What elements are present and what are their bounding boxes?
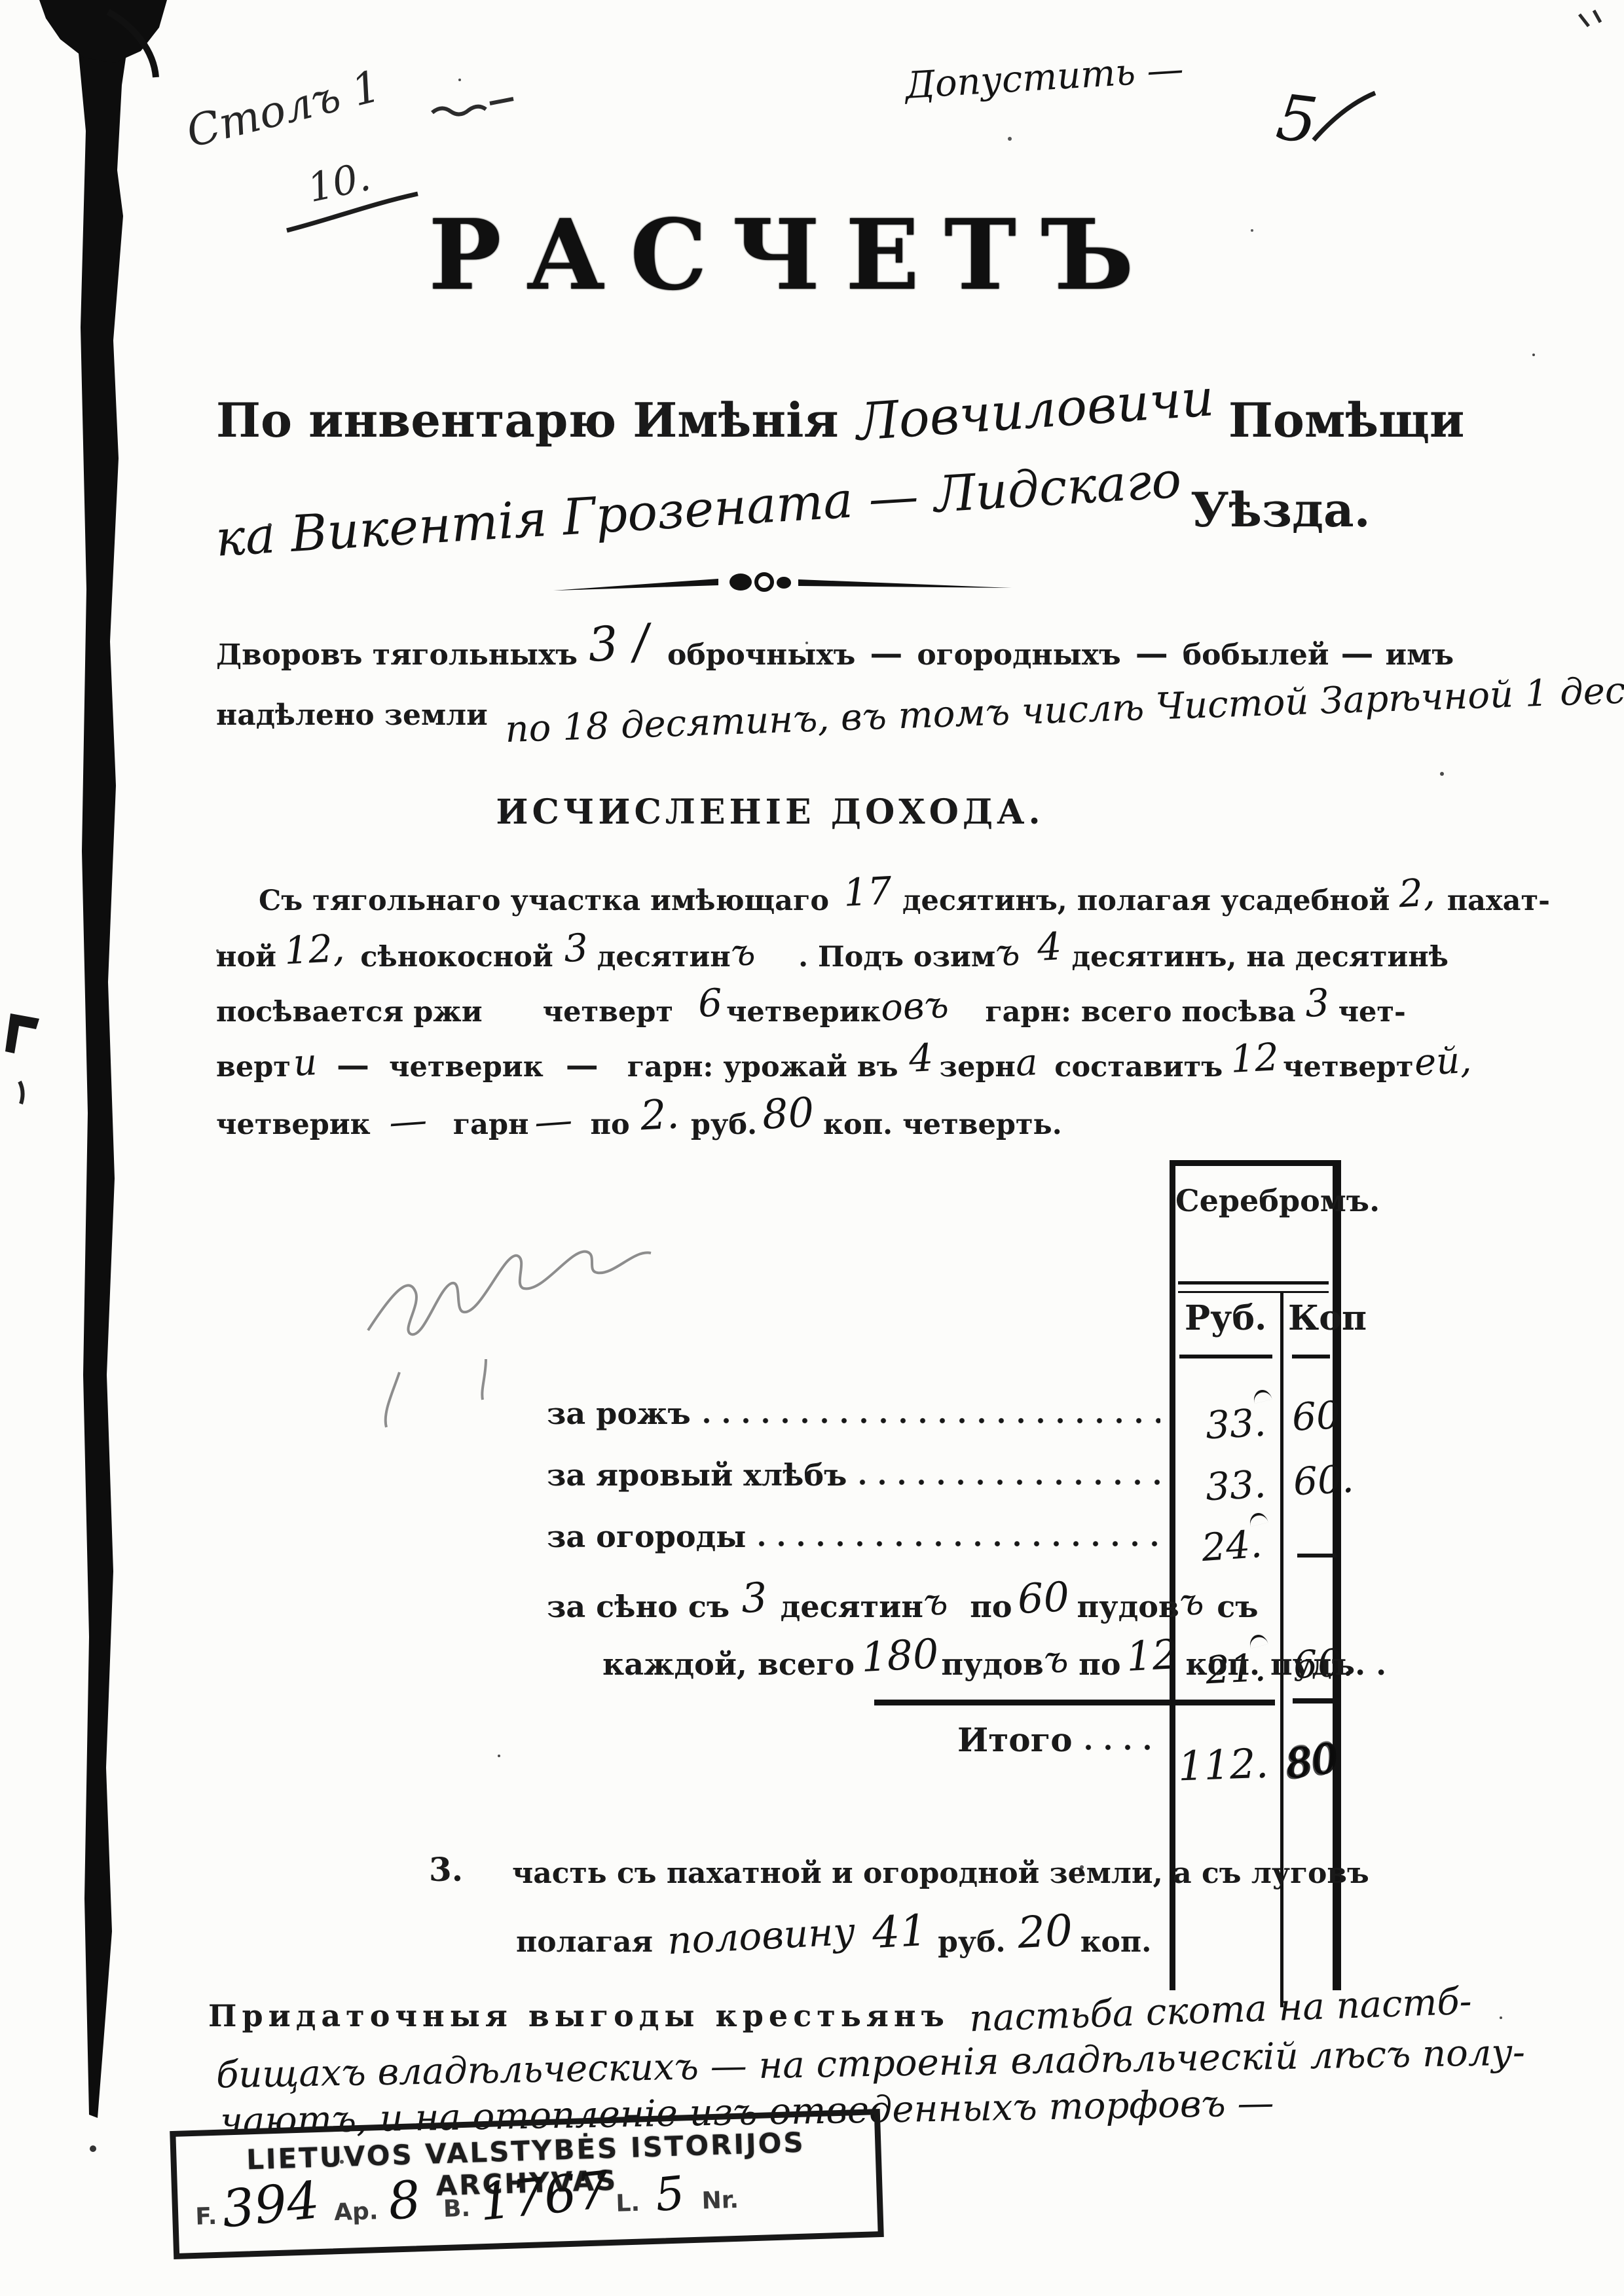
blank-dash: — bbox=[566, 1046, 599, 1084]
stamp-lapas-label: L. bbox=[616, 2190, 640, 2217]
row-hay-line-1: за сѣно съ 3 десятин ъ по 60 пудов ъ съ bbox=[547, 1579, 1259, 1627]
sum-rule-kop bbox=[1293, 1698, 1340, 1704]
third-part-rub-label: руб. bbox=[938, 1925, 1006, 1959]
col-header-rub: Руб. bbox=[1185, 1298, 1266, 1338]
document-title: РАСЧЕТЪ bbox=[428, 198, 1158, 312]
dotted-leader bbox=[758, 1540, 1160, 1548]
calc-hw-yer: ъ bbox=[729, 931, 756, 975]
calc-hw-i: и bbox=[292, 1041, 318, 1085]
bottom-left-dot bbox=[90, 2145, 96, 2152]
printed-by-inventory: По инвентарю Имѣнія bbox=[216, 392, 839, 448]
calc-hw-4b: 4 bbox=[908, 1035, 934, 1081]
calc-line-1: Съ тягольнаго участка имѣющаго 17 десяти… bbox=[259, 875, 1550, 919]
calc-hw-80: 80 bbox=[761, 1088, 815, 1139]
calc-hw-3: 3 bbox=[563, 925, 589, 971]
row-rye-label: за рожъ bbox=[547, 1396, 691, 1431]
benefits-printed-label: Придаточныя выгоды крестьянъ bbox=[208, 1998, 950, 2033]
hay-hw-yer: ъ bbox=[1043, 1638, 1069, 1682]
third-part-kop-label: коп. bbox=[1080, 1925, 1152, 1959]
document-title-wrap: РАСЧЕТЪ bbox=[0, 198, 1624, 312]
value-spring-grain-rub: 33. bbox=[1204, 1462, 1267, 1510]
printed-uyezd: Уѣзда. bbox=[1190, 482, 1371, 538]
dotted-leader bbox=[703, 1417, 1160, 1425]
calc-text: Съ тягольнаго участка имѣющаго bbox=[259, 884, 829, 917]
third-part-number: 3. bbox=[429, 1850, 463, 1889]
income-heading: ИСЧИСЛЕНІЕ ДОХОДА. bbox=[496, 792, 1044, 832]
calc-text: руб. bbox=[691, 1108, 757, 1141]
calc-line-2: ной 12, сѣнокосной 3 десятин ъ . Подъ оз… bbox=[216, 931, 1449, 975]
row-hay-text: пудов bbox=[941, 1647, 1043, 1682]
calc-hw-12: 12, bbox=[283, 926, 346, 974]
rub-header-underline bbox=[1179, 1355, 1272, 1358]
calc-text: десятинъ, полагая усадебной bbox=[902, 884, 1390, 917]
calc-hw-ov: овъ bbox=[879, 983, 950, 1029]
table-currency-header: Серебромъ. bbox=[1175, 1183, 1380, 1218]
row-gardens: за огороды bbox=[547, 1519, 1170, 1554]
stamp-ap-value: 8 bbox=[385, 2170, 423, 2232]
blank-dash-2: — bbox=[1135, 634, 1168, 672]
calc-text: гарн bbox=[453, 1108, 529, 1141]
calc-text: . Подъ озим bbox=[798, 941, 995, 974]
value-gardens-kop-dash bbox=[1297, 1554, 1337, 1558]
row-hay-text: по bbox=[970, 1589, 1012, 1624]
value-gardens-rub: 24. bbox=[1200, 1522, 1264, 1570]
third-part-text: часть съ пахатной и огородной земли, а с… bbox=[512, 1857, 1369, 1890]
archive-stamp: LIETUVOS VALSTYBĖS ISTORIJOS ARCHYVAS F.… bbox=[170, 2109, 884, 2259]
row-hay-line-2: каждой, всего 180 пудов ъ по 12 коп. пуд… bbox=[602, 1637, 1170, 1685]
blank-dash-3: — bbox=[1341, 634, 1374, 672]
allotment-line: надѣлено земли по 18 десятинъ, въ томъ ч… bbox=[216, 691, 1624, 734]
value-spring-grain-kop: 60. bbox=[1292, 1457, 1355, 1504]
hay-hw-3: 3 bbox=[740, 1573, 768, 1622]
value-rye-kop: 60 bbox=[1291, 1393, 1341, 1440]
printed-landlord: Помѣщи bbox=[1228, 392, 1465, 448]
top-right-marks bbox=[1579, 10, 1600, 26]
row-rye: за рожъ bbox=[547, 1396, 1170, 1431]
row-hay-text: пудов bbox=[1077, 1589, 1179, 1624]
left-margin-tick bbox=[20, 1082, 23, 1104]
value-total-rub: 112. bbox=[1177, 1740, 1270, 1791]
calc-text: четверт bbox=[543, 996, 673, 1029]
calc-text: зерн bbox=[940, 1051, 1016, 1084]
calc-hw-yer: ъ bbox=[995, 931, 1022, 975]
calc-text: гарн: урожай въ bbox=[627, 1051, 898, 1084]
sum-rule-long bbox=[874, 1700, 1275, 1705]
stamp-ap-label: Ap. bbox=[333, 2198, 378, 2226]
pencil-wavy-dash bbox=[432, 99, 513, 115]
calc-hw-a: а bbox=[1014, 1041, 1039, 1085]
stamp-byla-label: B. bbox=[443, 2195, 470, 2223]
third-part-hw-41: 41 bbox=[871, 1905, 929, 1958]
calc-text: посѣвается ржи bbox=[216, 996, 483, 1029]
total-label: Итого bbox=[957, 1721, 1073, 1759]
row-hay-text: съ bbox=[1217, 1589, 1258, 1624]
households-obrochnye-label: оброчныхъ bbox=[667, 638, 855, 672]
calc-text: сѣнокосной bbox=[360, 941, 553, 974]
hay-hw-yer: ъ bbox=[1178, 1580, 1205, 1624]
hw-dash: — bbox=[387, 1097, 428, 1144]
households-count-handwritten: 3 / bbox=[586, 613, 651, 672]
stamp-nr-label: Nr. bbox=[701, 2187, 739, 2215]
third-part-hw-20: 20 bbox=[1016, 1905, 1074, 1958]
hay-hw-60: 60 bbox=[1016, 1573, 1071, 1623]
calc-text: ной bbox=[216, 941, 276, 974]
row-hay-text: по bbox=[1079, 1647, 1120, 1682]
calc-hw-4: 4 bbox=[1036, 924, 1062, 970]
households-ogorodnye-label: огородныхъ bbox=[917, 638, 1120, 672]
calc-hw-3b: 3 bbox=[1304, 980, 1330, 1026]
calc-hw-2: 2, bbox=[1398, 870, 1437, 917]
stamp-lapas-value: 5 bbox=[653, 2166, 688, 2222]
calc-text: гарн: всего посѣва bbox=[985, 996, 1295, 1029]
households-im-label: имъ bbox=[1386, 638, 1454, 672]
ornament-divider bbox=[553, 568, 1012, 601]
calc-text: четверик bbox=[726, 996, 881, 1029]
total-row: Итого bbox=[957, 1721, 1170, 1759]
table-double-rule bbox=[1178, 1281, 1329, 1293]
calc-text: четверик bbox=[216, 1108, 371, 1141]
calc-text: чет- bbox=[1338, 996, 1406, 1029]
households-bobyli-label: бобылей bbox=[1183, 638, 1329, 672]
row-spring-grain-label: за яровый хлѣбъ bbox=[547, 1457, 847, 1493]
calc-hw-6: 6 bbox=[697, 980, 723, 1026]
hay-hw-yer: ъ bbox=[922, 1580, 949, 1624]
paper-specks bbox=[458, 79, 461, 81]
col-header-kop: Коп bbox=[1288, 1298, 1367, 1338]
stamp-byla-value: 1767 bbox=[477, 2160, 612, 2232]
hw-dash: — bbox=[532, 1097, 574, 1144]
third-part-line-2: полагая половину 41 руб. 20 коп. bbox=[516, 1912, 1151, 1962]
row-hay-text: десятин bbox=[781, 1589, 923, 1624]
benefits-line-1: Придаточныя выгоды крестьянъ пастьба ско… bbox=[208, 1993, 1472, 2035]
calc-hw-17: 17 bbox=[842, 868, 893, 915]
row-hay-text: за сѣно съ bbox=[547, 1589, 729, 1624]
stamp-fond-value: 394 bbox=[219, 2171, 322, 2240]
calc-line-4: верт и — четверик — гарн: урожай въ 4 зе… bbox=[216, 1041, 1471, 1085]
row-hay-text: каждой, всего bbox=[602, 1647, 855, 1682]
dotted-leader bbox=[858, 1478, 1160, 1486]
calc-hw-2rub: 2. bbox=[639, 1090, 680, 1140]
calc-line-5: четверик — гарн — по 2. руб. 80 коп. чет… bbox=[216, 1096, 1062, 1144]
calc-text: десятин bbox=[597, 941, 731, 974]
income-heading-wrap: ИСЧИСЛЕНІЕ ДОХОДА. bbox=[0, 792, 1624, 832]
households-line: Дворовъ тягольныхъ 3 / оброчныхъ — огоро… bbox=[216, 621, 1454, 676]
header-line-1: По инвентарю Имѣнія Ловчиловичи Помѣщи bbox=[216, 390, 1464, 449]
calc-text: коп. четверть. bbox=[823, 1108, 1062, 1141]
calc-text: составитъ bbox=[1054, 1051, 1223, 1084]
calc-line-3: посѣвается ржи четверт 6 четверик овъ га… bbox=[216, 986, 1406, 1030]
calc-hw-ei: ей, bbox=[1414, 1039, 1473, 1084]
allotment-printed-label: надѣлено земли bbox=[216, 699, 488, 732]
left-margin-mark bbox=[5, 1013, 39, 1053]
calc-text: четверт bbox=[1283, 1051, 1413, 1084]
value-rye-rub: 33. bbox=[1204, 1400, 1267, 1448]
calc-text: четверик bbox=[389, 1051, 544, 1084]
left-binding-shadow bbox=[71, 0, 138, 2118]
page-number-swoosh bbox=[1314, 93, 1375, 140]
calc-hw-12b: 12 bbox=[1230, 1034, 1280, 1082]
calc-text: по bbox=[591, 1108, 630, 1141]
dotted-leader bbox=[1084, 1743, 1160, 1751]
hay-hw-12: 12 bbox=[1125, 1630, 1179, 1681]
third-part-hw-half: половину bbox=[666, 1909, 856, 1963]
hay-hw-180: 180 bbox=[860, 1630, 940, 1681]
blank-dash: — bbox=[337, 1046, 369, 1084]
households-tyagolnye-label: Дворовъ тягольныхъ bbox=[216, 638, 578, 672]
row-hay-text: коп. пудъ. . bbox=[1185, 1647, 1386, 1682]
blank-dash-1: — bbox=[870, 634, 902, 672]
row-gardens-label: за огороды bbox=[547, 1519, 746, 1554]
third-part-polagaya: полагая bbox=[516, 1925, 653, 1959]
calc-text: верт bbox=[216, 1051, 291, 1084]
calc-text: пахат- bbox=[1447, 884, 1550, 917]
row-spring-grain: за яровый хлѣбъ bbox=[547, 1457, 1170, 1493]
scanned-document-page: Столъ 1 10. Допустить — 5 РАСЧЕТЪ По инв… bbox=[0, 0, 1624, 2296]
calc-text: десятинъ, на десятинѣ bbox=[1072, 941, 1449, 974]
kop-header-underline bbox=[1292, 1355, 1330, 1358]
value-total-kop: 80 bbox=[1282, 1734, 1340, 1788]
stamp-fond-label: F. bbox=[195, 2203, 217, 2231]
